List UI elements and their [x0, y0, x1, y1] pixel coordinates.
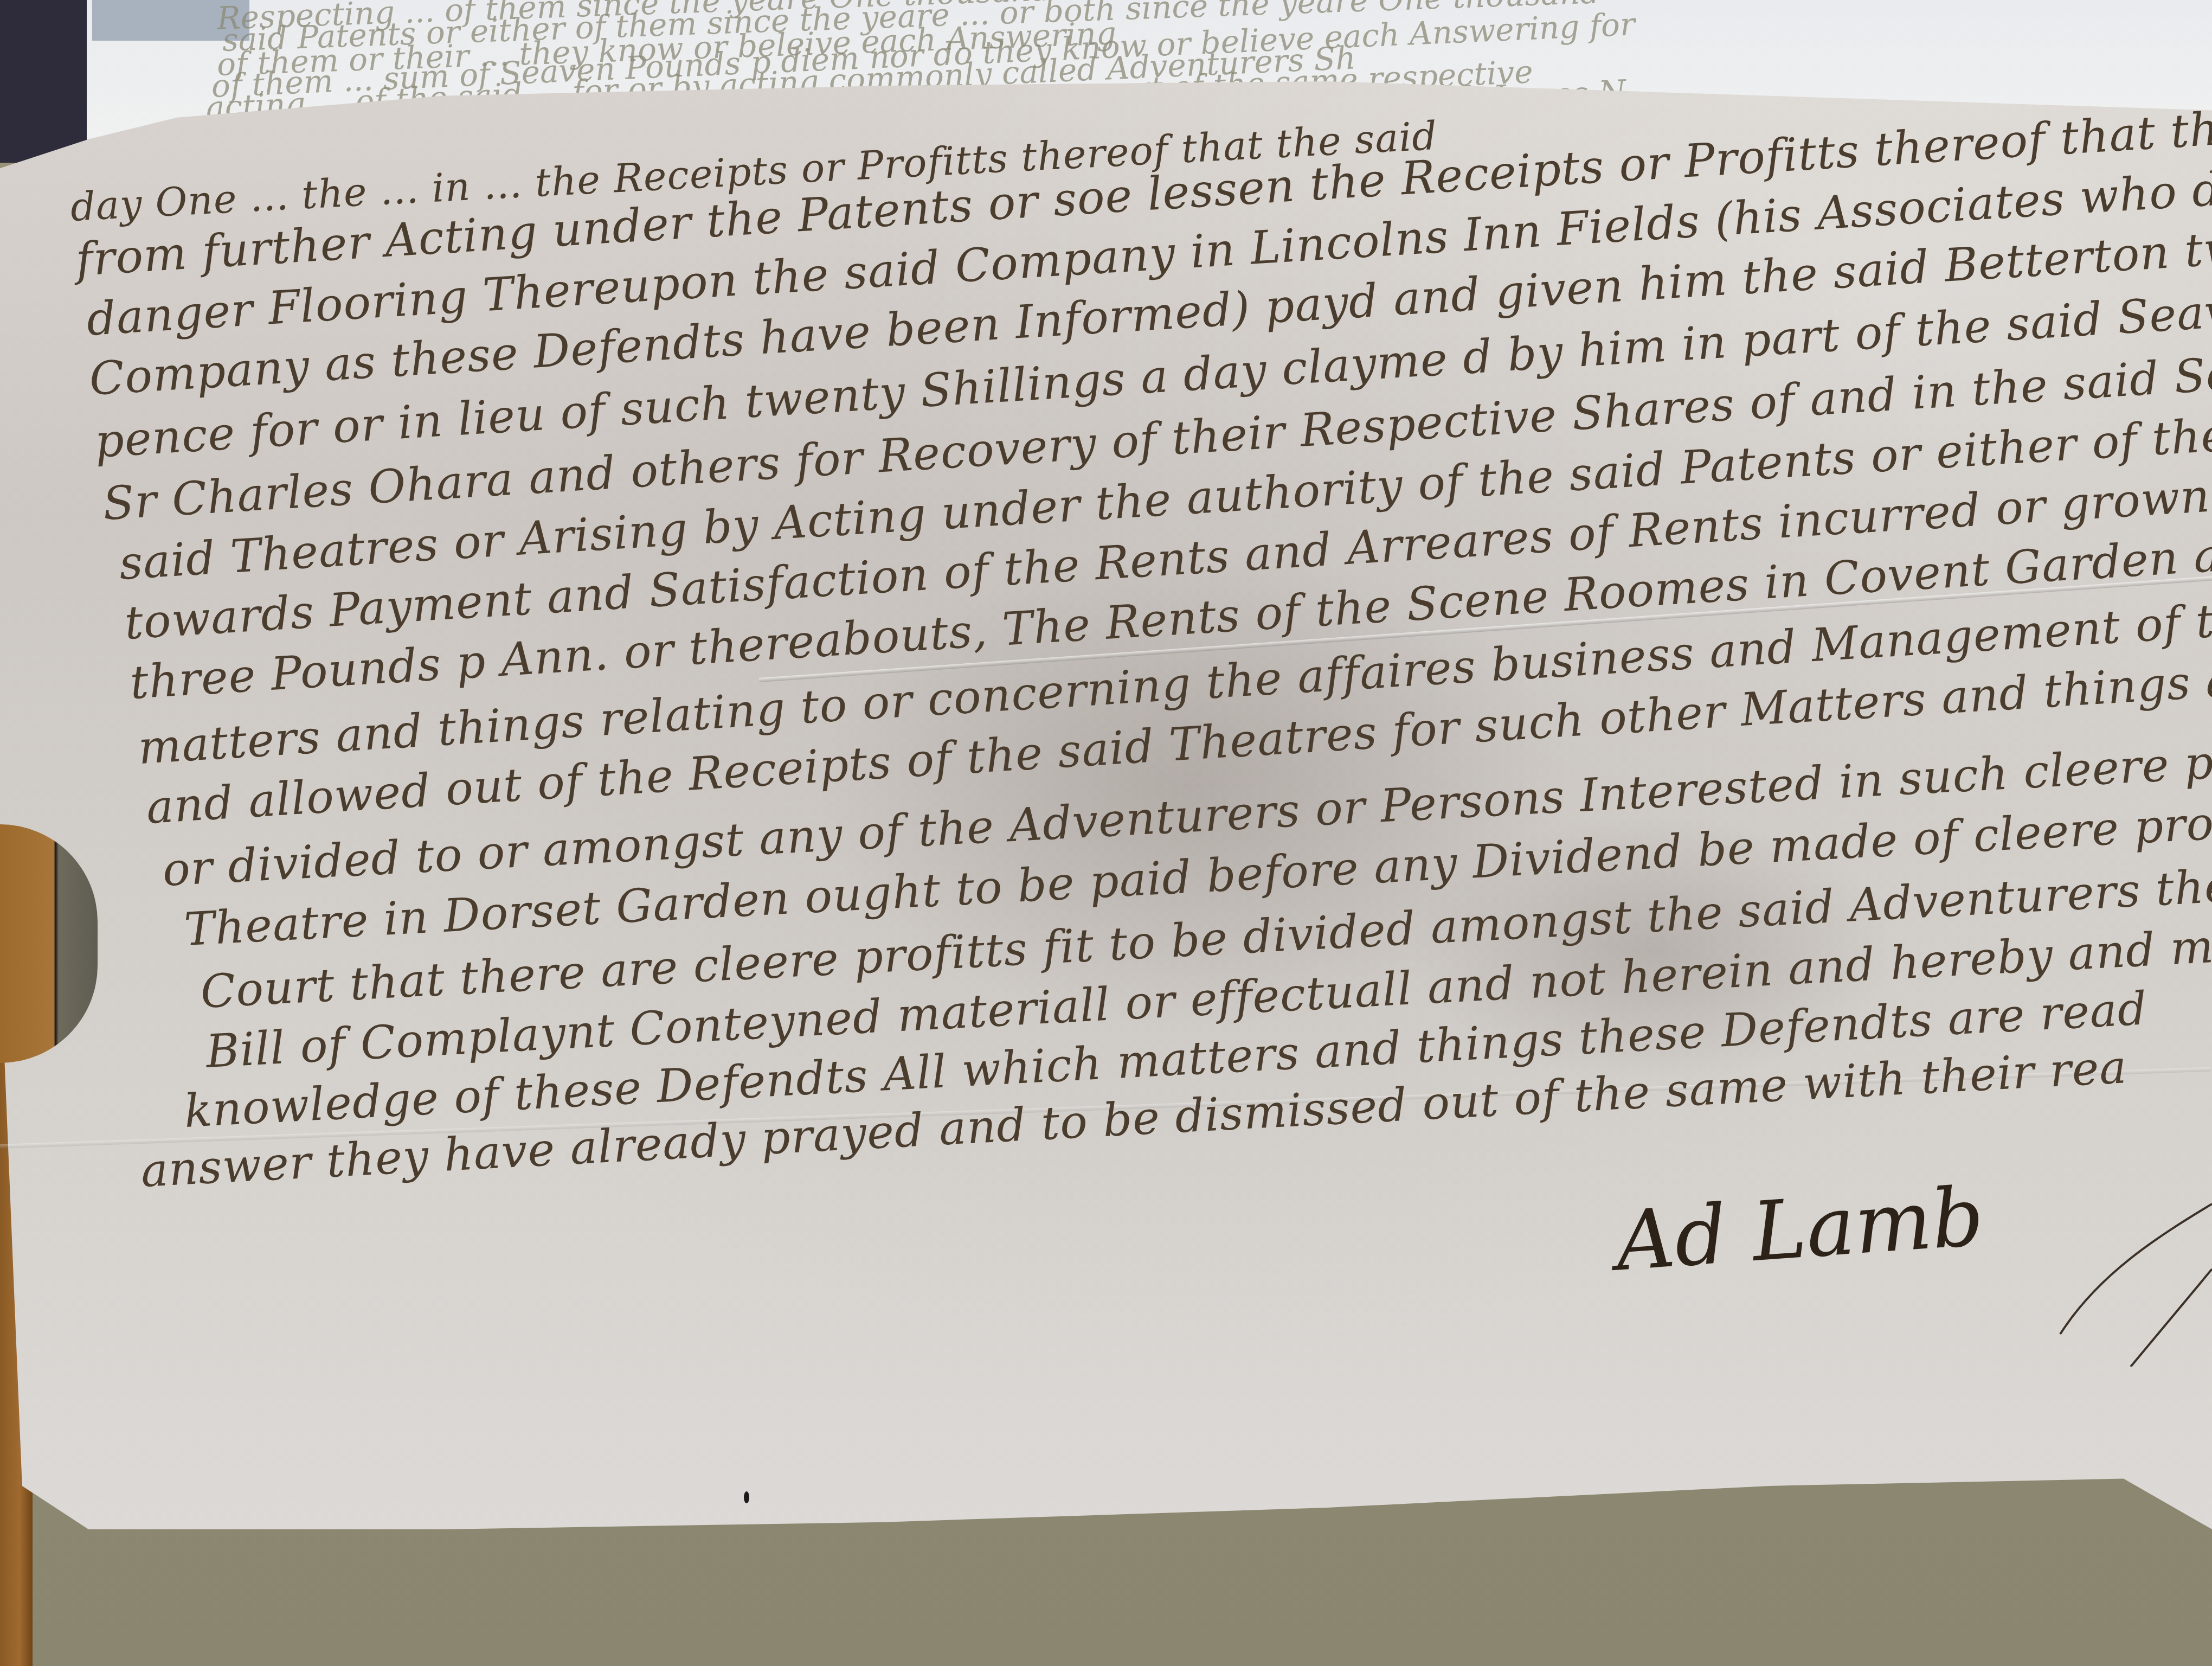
photo-scene: Respecting ... of them since the yeare O… [0, 0, 2212, 1666]
manuscript-text: day One ... the ... in ... the Receipts … [0, 0, 2212, 1666]
ink-spot [744, 1491, 749, 1503]
signature-flourish [2049, 1193, 2212, 1367]
